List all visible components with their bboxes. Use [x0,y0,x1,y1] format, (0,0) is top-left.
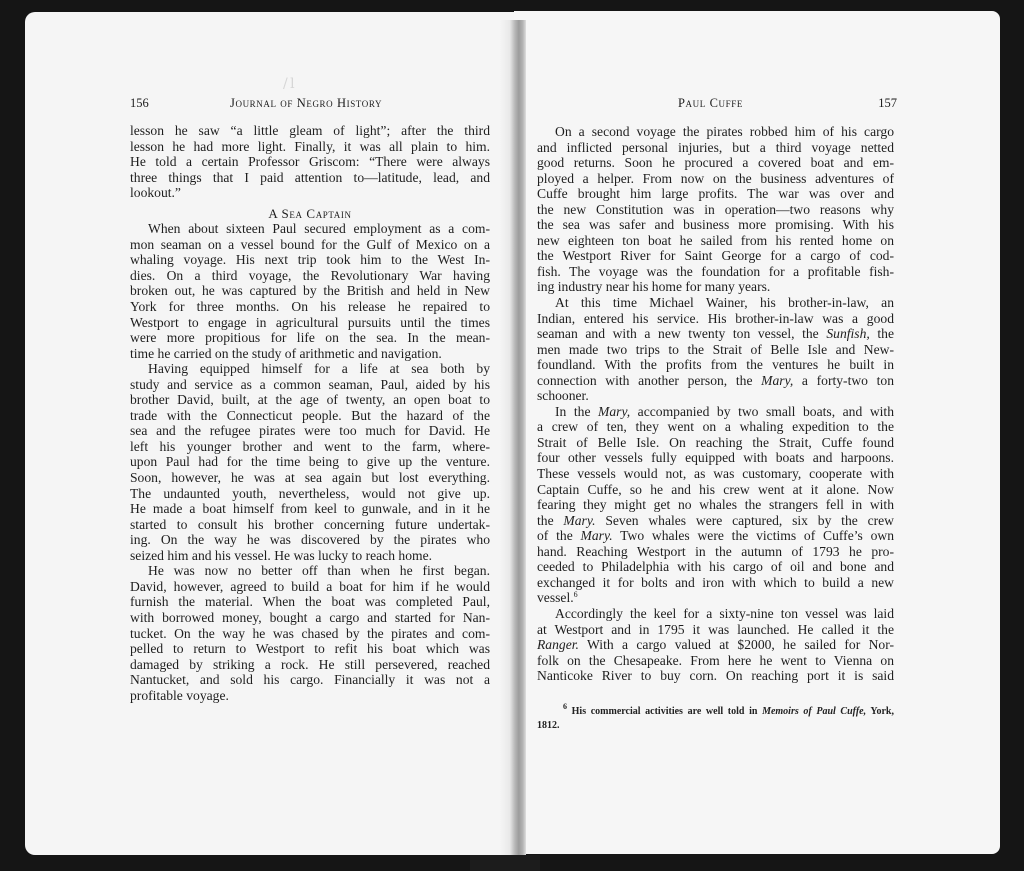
text-line: four other vessels fully equipped with b… [537,450,894,466]
faint-pencil-mark: / l [283,76,294,92]
text-line: These vessels would not, as was customar… [537,466,894,482]
text-line: seaman and with a new twenty ton vessel,… [537,326,894,342]
ship-name: Mary, [761,373,793,388]
text-line: whaling voyage. His next trip took him t… [130,252,490,268]
text-line: the Westport River for Saint George for … [537,248,894,264]
text-line: hand. Reaching Westport in the autumn of… [537,544,894,560]
text-line: and inflicted personal injuries, but a t… [537,140,894,156]
scan-bottom-edge [470,855,540,871]
footnote: 6 His commercial activities are well tol… [537,705,894,733]
text-line: Indian, entered his service. His brother… [537,311,894,327]
text-line: exchanged it for bolts and iron with whi… [537,575,894,591]
ship-name: Sunfish, [826,326,869,341]
text-line: brother David, built, at the age of twen… [130,392,490,408]
right-page-number: 157 [878,96,897,111]
text-line: were more propitious for life on the sea… [130,330,490,346]
text-line: Nantucket, and sold his cargo. Financial… [130,672,490,688]
text-line: broken out, he was captured by the Briti… [130,283,490,299]
text-line: York for three months. On his release he… [130,299,490,315]
chapter-title: Paul Cuffe [678,96,743,111]
text-line: dies. On a third voyage, the Revolutiona… [130,268,490,284]
text-line: fish. The voyage was the foundation for … [537,264,894,280]
text-line: tucket. On the way he was chased by the … [130,626,490,642]
text-line: David, however, agreed to build a boat f… [130,579,490,595]
text-line: fearing they might get no whales the str… [537,497,894,513]
text-line: ceeded to Philadelphia with his cargo of… [537,559,894,575]
text-line: men made two trips to the Strait of Bell… [537,342,894,358]
text-line: When about sixteen Paul secured employme… [130,221,490,237]
text-line: a crew of ten, they went on a whaling ex… [537,419,894,435]
text-line: Ranger. With a cargo valued at $2000, he… [537,637,894,653]
text-line: mon seaman on a vessel bound for the Gul… [130,237,490,253]
text-line: ing. On the way he was discovered by the… [130,532,490,548]
text-line: sea and the refugee pirates were too muc… [130,423,490,439]
text-line: connection with another person, the Mary… [537,373,894,389]
footnote-book-title: Memoirs of Paul Cuffe, [762,706,866,717]
text-line: He told a certain Professor Griscom: “Th… [130,154,490,170]
left-text-column: lesson he saw “a little gleam of light”;… [130,123,490,703]
right-running-head: Paul Cuffe 157 [537,96,897,112]
text-line: vessel.6 [537,590,894,606]
footnote-line-2: 1812. [537,719,894,733]
text-line: He was now no better off than when he fi… [130,563,490,579]
left-page-number: 156 [130,96,149,111]
text-line: Having equipped himself for a life at se… [130,361,490,377]
text-line: schooner. [537,388,894,404]
left-running-head: 156 Journal of Negro History [130,96,490,112]
ship-name: Ranger. [537,637,579,652]
text-line: foundland. With the profits from the ven… [537,357,894,373]
book-spine [510,20,526,855]
text-line: started to consult his brother concernin… [130,517,490,533]
text-line: trade with the Connecticut people. But t… [130,408,490,424]
section-heading: A Sea Captain [130,206,490,222]
text-line: seized him and his vessel. He was lucky … [130,548,490,564]
text-line: lesson he saw “a little gleam of light”;… [130,123,490,139]
text-line: furnish the material. When the boat was … [130,594,490,610]
ship-name: Mary. [563,513,595,528]
text-line: pelled to return to Westport to refit hi… [130,641,490,657]
ship-name: Mary, [598,404,630,419]
text-line: The undaunted youth, nevertheless, would… [130,486,490,502]
text-line: In the Mary, accompanied by two small bo… [537,404,894,420]
text-line: good returns. Soon he procured a covered… [537,155,894,171]
text-line: the sea was safer and business more prom… [537,217,894,233]
text-line: Captain Cuffe, so he and his crew went a… [537,482,894,498]
text-line: Strait of Belle Isle. On reaching the St… [537,435,894,451]
text-line: lesson he had more light. Finally, it wa… [130,139,490,155]
text-line: upon Paul had for the time being to give… [130,454,490,470]
right-text-column: On a second voyage the pirates robbed hi… [537,124,894,684]
footnote-reference: 6 [574,590,578,599]
text-line: Accordingly the keel for a sixty-nine to… [537,606,894,622]
text-line: with borrowed money, bought a cargo and … [130,610,490,626]
text-line: At this time Michael Wainer, his brother… [537,295,894,311]
ship-name: Mary. [581,528,613,543]
text-line: three things that I paid attention to—la… [130,170,490,186]
text-line: Nanticoke River to buy corn. On reaching… [537,668,894,684]
text-line: Cuffe brought him large profits. The war… [537,186,894,202]
text-line: study and service as a common seaman, Pa… [130,377,490,393]
text-line: He made a boat himself from keel to gunw… [130,501,490,517]
footnote-line-1: 6 His commercial activities are well tol… [537,705,894,719]
text-line: left his younger brother and went to the… [130,439,490,455]
text-line: lookout.” [130,185,490,201]
text-line: time he carried on the study of arithmet… [130,346,490,362]
text-line: folk on the Chesapeake. From here he wen… [537,653,894,669]
text-line: of the Mary. Two whales were the victims… [537,528,894,544]
text-line: On a second voyage the pirates robbed hi… [537,124,894,140]
text-line: the new Constitution was in operation—tw… [537,202,894,218]
text-line: ing industry near his home for many year… [537,279,894,295]
text-line: Westport to engage in agricultural pursu… [130,315,490,331]
text-line: ployed a helper. From now on the busines… [537,171,894,187]
gutter-shadow [500,20,510,855]
text-line: damaged by striking a rock. He still per… [130,657,490,673]
text-line: new eighteen ton boat he sailed from his… [537,233,894,249]
text-line: Soon, however, he was at sea again but l… [130,470,490,486]
text-line: at Westport and in 1795 it was launched.… [537,622,894,638]
journal-title: Journal of Negro History [230,96,382,111]
book-scan: / l 156 Journal of Negro History Paul Cu… [0,0,1024,871]
text-line: profitable voyage. [130,688,490,704]
text-line: the Mary. Seven whales were captured, si… [537,513,894,529]
